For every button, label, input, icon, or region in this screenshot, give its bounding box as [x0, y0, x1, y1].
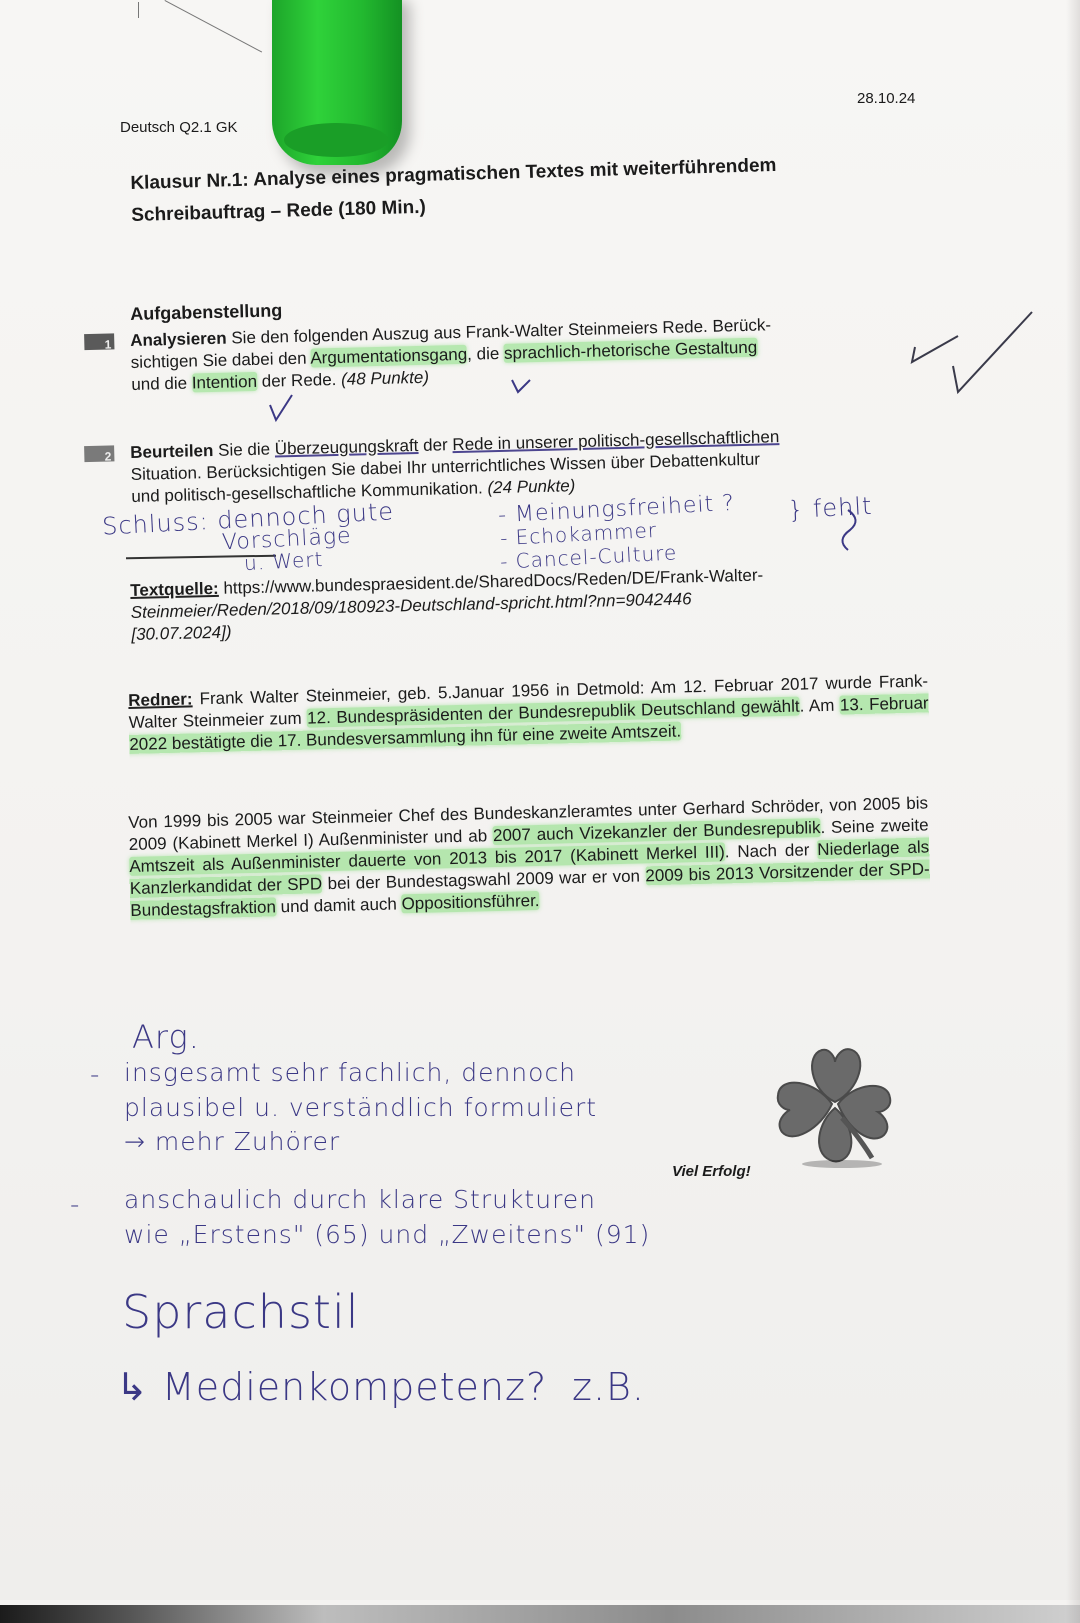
table-edge: [0, 1605, 1080, 1623]
note-arg-point: plausibel u. verständlich formuliert: [124, 1093, 597, 1122]
underlined-text: Überzeugungskraft: [275, 436, 419, 459]
note-medienkompetenz: ↳ Medienkompetenz?: [116, 1365, 547, 1409]
highlighted-text: Oppositionsführer.: [401, 891, 539, 913]
highlighter-cap-icon: [272, 0, 402, 165]
task-text: der: [418, 435, 452, 455]
course-label: Deutsch Q2.1 GK: [120, 119, 238, 136]
highlighted-text: Intention: [192, 372, 258, 393]
note-zb: z.B.: [572, 1365, 645, 1409]
note-missing-label: } fehlt: [787, 492, 873, 524]
note-arg-point: wie „Erstens" (65) und „Zweitens" (91): [124, 1220, 650, 1249]
task-text: und die: [131, 374, 192, 394]
highlighted-text: sprachlich-rhetorische Gestaltung: [504, 338, 758, 363]
note-arg-point: insgesamt sehr fachlich, dennoch: [124, 1058, 576, 1087]
task-text: sichtigen Sie dabei den: [131, 349, 311, 372]
source-label: Textquelle:: [130, 579, 219, 600]
task-points: (24 Punkte): [487, 476, 575, 497]
page-shadow: [1066, 0, 1080, 1623]
four-leaf-clover-icon: [770, 1040, 900, 1170]
task-text: , die: [467, 344, 504, 364]
speaker-text: . Am: [799, 696, 840, 716]
note-schluss: u. Wert: [243, 547, 324, 575]
note-sprachstil: Sprachstil: [122, 1285, 360, 1339]
note-arg-point: → mehr Zuhörer: [124, 1127, 340, 1156]
pen-line: [138, 2, 139, 18]
tasks-heading: Aufgabenstellung: [130, 299, 282, 325]
task-verb: Beurteilen: [130, 441, 214, 462]
note-arg-heading: Arg.: [132, 1018, 200, 1056]
bio-text: . Nach der: [724, 840, 817, 861]
speaker-biography: Von 1999 bis 2005 war Steinmeier Chef de…: [128, 792, 930, 922]
task-text: Sie die: [213, 439, 275, 459]
exam-date: 28.10.24: [857, 90, 915, 107]
task-text: der Rede.: [257, 370, 342, 391]
bio-text: bei der Bundestagswahl 2009 war er von: [322, 866, 646, 893]
source-accessed-date: [30.07.2024]): [131, 623, 232, 644]
task-verb: Analysieren: [130, 329, 227, 350]
closing-text: Viel Erfolg!: [672, 1163, 751, 1180]
bio-text: und damit auch: [276, 894, 402, 916]
task-number-badge: 1: [84, 333, 114, 350]
note-bullet: -: [70, 1190, 80, 1220]
highlighted-text: Argumentationsgang: [310, 345, 467, 368]
note-arg-point: anschaulich durch klare Strukturen: [124, 1185, 596, 1214]
bio-text: . Seine zweite: [820, 815, 929, 837]
task-points: (48 Punkte): [341, 368, 429, 389]
note-bullet: -: [90, 1060, 100, 1090]
speaker-label: Redner:: [128, 689, 193, 710]
task-number-badge: 2: [84, 445, 114, 462]
